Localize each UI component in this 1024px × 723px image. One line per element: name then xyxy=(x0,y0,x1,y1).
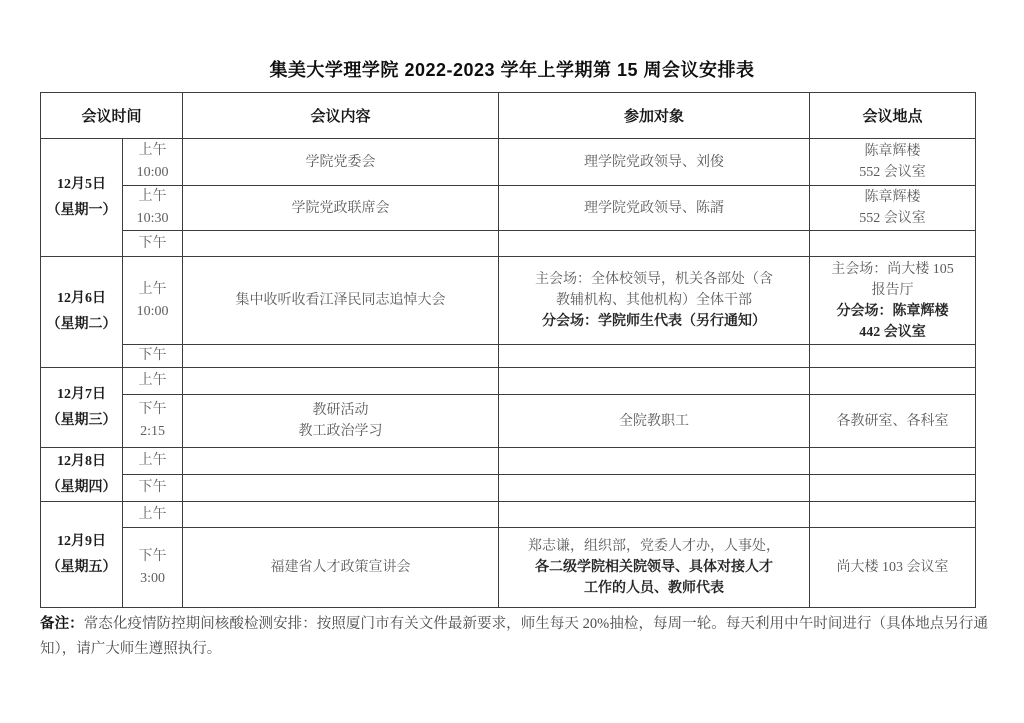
content-cell: 学院党委会 xyxy=(183,139,499,186)
location-cell: 主会场：尚大楼 105 报告厅 分会场：陈章辉楼 442 会议室 xyxy=(810,257,976,345)
location-cell-empty xyxy=(810,345,976,368)
location-cell-empty xyxy=(810,502,976,528)
participants-cell: 理学院党政领导、刘俊 xyxy=(499,139,810,186)
time-cell: 下午 2:15 xyxy=(123,395,183,448)
time-cell: 上午 xyxy=(123,368,183,395)
participants-cell: 全院教职工 xyxy=(499,395,810,448)
time-cell: 上午 10:00 xyxy=(123,139,183,186)
table-row: 下午 3:00 福建省人才政策宣讲会 郑志谦，组织部，党委人才办，人事处， 各二… xyxy=(41,528,976,608)
location-cell: 尚大楼 103 会议室 xyxy=(810,528,976,608)
participants-cell-empty xyxy=(499,448,810,475)
table-row: 下午 xyxy=(41,231,976,257)
location-cell-empty xyxy=(810,368,976,395)
document-title: 集美大学理学院 2022-2023 学年上学期第 15 周会议安排表 xyxy=(0,56,1024,82)
table-row: 12月6日 （星期二） 上午 10:00 集中收听收看江泽民同志追悼大会 主会场… xyxy=(41,257,976,345)
date-cell-dec7: 12月7日 （星期三） xyxy=(41,368,123,448)
table-row: 上午 10:30 学院党政联席会 理学院党政领导、陈諝 陈章辉楼 552 会议室 xyxy=(41,186,976,231)
location-cell-empty xyxy=(810,475,976,502)
header-participants: 参加对象 xyxy=(499,93,810,139)
participants-cell-empty xyxy=(499,502,810,528)
participants-cell-empty xyxy=(499,475,810,502)
time-cell: 上午 xyxy=(123,502,183,528)
table-row: 12月9日 （星期五） 上午 xyxy=(41,502,976,528)
table-row: 下午 2:15 教研活动 教工政治学习 全院教职工 各教研室、各科室 xyxy=(41,395,976,448)
location-cell-empty xyxy=(810,231,976,257)
header-meeting-content: 会议内容 xyxy=(183,93,499,139)
date-cell-dec5: 12月5日 （星期一） xyxy=(41,139,123,257)
content-cell-empty xyxy=(183,448,499,475)
time-cell: 下午 xyxy=(123,475,183,502)
time-cell: 下午 xyxy=(123,345,183,368)
document-page: 集美大学理学院 2022-2023 学年上学期第 15 周会议安排表 会议时间 … xyxy=(0,0,1024,723)
time-cell: 上午 10:00 xyxy=(123,257,183,345)
content-cell-empty xyxy=(183,345,499,368)
table-row: 12月7日 （星期三） 上午 xyxy=(41,368,976,395)
date-cell-dec6: 12月6日 （星期二） xyxy=(41,257,123,368)
table-row: 12月5日 （星期一） 上午 10:00 学院党委会 理学院党政领导、刘俊 陈章… xyxy=(41,139,976,186)
table-header-row: 会议时间 会议内容 参加对象 会议地点 xyxy=(41,93,976,139)
participants-cell-empty xyxy=(499,345,810,368)
content-cell: 集中收听收看江泽民同志追悼大会 xyxy=(183,257,499,345)
participants-cell: 理学院党政领导、陈諝 xyxy=(499,186,810,231)
time-cell: 上午 xyxy=(123,448,183,475)
location-cell-empty xyxy=(810,448,976,475)
content-cell: 学院党政联席会 xyxy=(183,186,499,231)
participants-cell-empty xyxy=(499,231,810,257)
time-cell: 上午 10:30 xyxy=(123,186,183,231)
table-row: 下午 xyxy=(41,475,976,502)
meeting-schedule-table: 会议时间 会议内容 参加对象 会议地点 12月5日 （星期一） 上午 10:00… xyxy=(40,92,976,608)
participants-cell: 主会场：全体校领导，机关各部处（含 教辅机构、其他机构）全体干部 分会场：学院师… xyxy=(499,257,810,345)
table-row: 下午 xyxy=(41,345,976,368)
content-cell-empty xyxy=(183,231,499,257)
content-cell: 教研活动 教工政治学习 xyxy=(183,395,499,448)
footnote: 备注：常态化疫情防控期间核酸检测安排：按照厦门市有关文件最新要求，师生每天 20… xyxy=(40,612,988,662)
content-cell: 福建省人才政策宣讲会 xyxy=(183,528,499,608)
table-row: 12月8日 （星期四） 上午 xyxy=(41,448,976,475)
location-cell: 陈章辉楼 552 会议室 xyxy=(810,139,976,186)
content-cell-empty xyxy=(183,502,499,528)
date-cell-dec9: 12月9日 （星期五） xyxy=(41,502,123,608)
participants-cell-empty xyxy=(499,368,810,395)
time-cell: 下午 xyxy=(123,231,183,257)
content-cell-empty xyxy=(183,368,499,395)
footnote-text: 常态化疫情防控期间核酸检测安排：按照厦门市有关文件最新要求，师生每天 20%抽检… xyxy=(40,616,988,657)
date-cell-dec8: 12月8日 （星期四） xyxy=(41,448,123,502)
location-cell: 陈章辉楼 552 会议室 xyxy=(810,186,976,231)
content-cell-empty xyxy=(183,475,499,502)
time-cell: 下午 3:00 xyxy=(123,528,183,608)
footnote-label: 备注： xyxy=(40,616,84,632)
participants-cell: 郑志谦，组织部，党委人才办，人事处， 各二级学院相关院领导、具体对接人才 工作的… xyxy=(499,528,810,608)
location-cell: 各教研室、各科室 xyxy=(810,395,976,448)
header-meeting-location: 会议地点 xyxy=(810,93,976,139)
header-meeting-time: 会议时间 xyxy=(41,93,183,139)
